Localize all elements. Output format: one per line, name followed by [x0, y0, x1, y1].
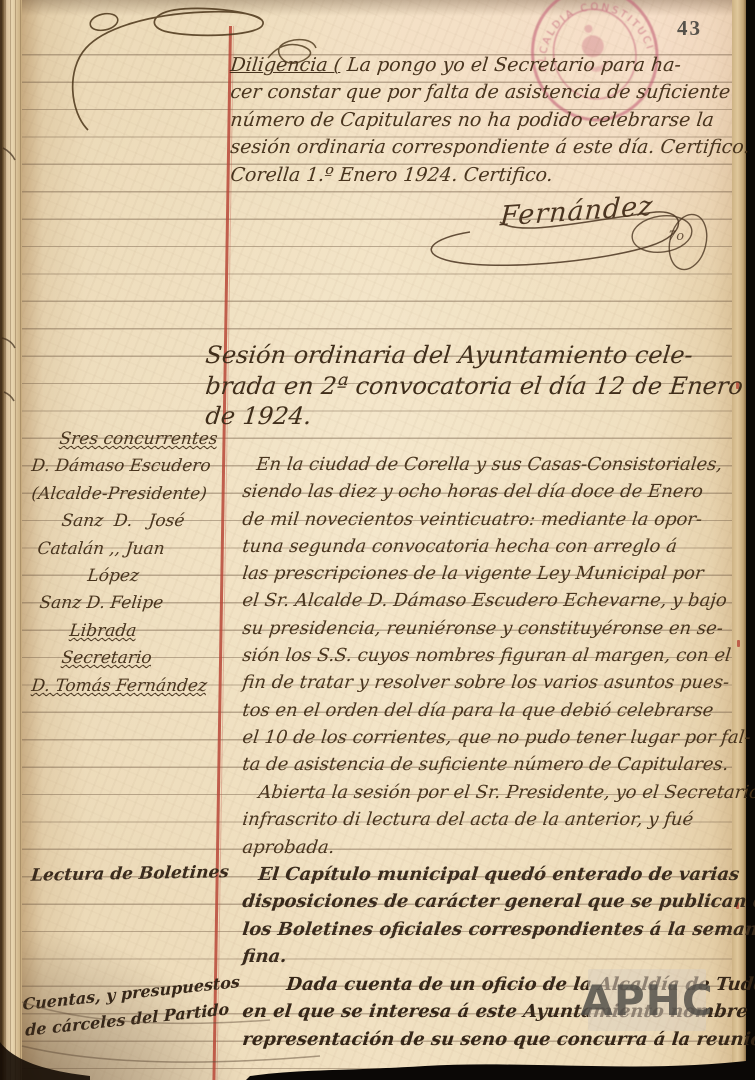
attendee-name: Catalán ,, Juan [30, 536, 231, 563]
attendee-list: Sres concurrentesD. Dámaso Escudero(Alca… [30, 426, 228, 700]
text-line: el Sr. Alcalde D. Dámaso Escudero Echeva… [241, 587, 755, 614]
acta-paragraph-apertura: En la ciudad de Corella y sus Casas-Cons… [241, 451, 753, 779]
attendee-name: López [30, 563, 231, 590]
text-line: brada en 2ª convocatoria el día 12 de En… [204, 371, 755, 402]
text-line: Sesión ordinaria del Ayuntamiento cele- [204, 340, 755, 371]
archive-watermark: APHC [588, 969, 706, 1031]
scanned-ledger-page: 43 ALCALDIA CONSTITUCIONAL Diligencia ( … [0, 0, 755, 1080]
text-line: sesión ordinaria correspondiente á este … [229, 134, 754, 161]
text-line: siendo las diez y ocho horas del día doc… [241, 478, 755, 505]
acta-paragraph-boletines: El Capítulo municipal quedó enterado de … [241, 861, 753, 970]
diligencia-label: Diligencia ( [229, 54, 342, 76]
acta-paragraph-lectura-acta: Abierta la sesión por el Sr. Presidente,… [241, 779, 753, 861]
secretary-signature: Fernández [499, 191, 654, 233]
ledger-page: 43 ALCALDIA CONSTITUCIONAL Diligencia ( … [22, 0, 732, 1080]
text-line: tuna segunda convocatoria hecha con arre… [241, 533, 755, 560]
attendee-name: Sanz D. Felipe [30, 590, 231, 617]
paragraph-lines: En la ciudad de Corella y sus Casas-Cons… [241, 451, 753, 779]
text-line: las prescripciones de la vigente Ley Mun… [241, 560, 755, 587]
text-line: sión los S.S. cuyos nombres figuran al m… [241, 642, 755, 669]
text-line: número de Capitulares no ha podido celeb… [229, 107, 754, 134]
text-line: Corella 1.º Enero 1924. Certifico. [229, 162, 754, 189]
text-line: En la ciudad de Corella y sus Casas-Cons… [241, 451, 755, 478]
diligencia-lines: cer constar que por falta de asistencia … [229, 79, 751, 189]
page-number: 43 [677, 16, 702, 41]
attendee-name: D. Dámaso Escudero [30, 453, 231, 480]
paragraph-lines: Abierta la sesión por el Sr. Presidente,… [241, 779, 753, 861]
margin-note-boletines: Lectura de Boletines [30, 862, 228, 885]
text-line: fin de tratar y resolver sobre los vario… [241, 669, 755, 696]
text-line: los Boletines oficiales correspondientes… [241, 916, 755, 943]
diligencia-note: Diligencia ( La pongo yo el Secretario p… [229, 52, 751, 189]
diligencia-first-line: La pongo yo el Secretario para ha- [346, 54, 682, 76]
text-line: de 1924. [204, 401, 755, 432]
session-heading: Sesión ordinaria del Ayuntamiento cele-b… [204, 340, 754, 432]
attendee-name: (Alcalde-Presidente) [30, 481, 231, 508]
text-line: Diligencia ( La pongo yo el Secretario p… [229, 52, 754, 79]
attendee-name: Sres concurrentes [30, 426, 231, 453]
text-line: de mil novecientos veinticuatro: mediant… [241, 506, 755, 533]
heading-lines: Sesión ordinaria del Ayuntamiento cele-b… [204, 340, 754, 432]
attendee-name: Librada [30, 618, 231, 645]
text-line: cer constar que por falta de asistencia … [229, 79, 754, 106]
attendee-name: Sanz D. José [30, 508, 231, 535]
note-lines: Cuentas, y presupuestosde cárceles del P… [20, 970, 234, 1044]
text-line: tos en el orden del día para la que debi… [241, 697, 755, 724]
text-line: Lectura de Boletines [30, 862, 230, 885]
margin-note-cuentas: Cuentas, y presupuestosde cárceles del P… [20, 970, 234, 1044]
text-line: fina. [241, 943, 755, 970]
text-line: su presidencia, reuniéronse y constituyé… [241, 615, 755, 642]
attendee-name: Secretario [30, 645, 231, 672]
attendee-name: D. Tomás Fernández [30, 673, 231, 700]
text-line: el 10 de los corrientes, que no pudo ten… [241, 724, 755, 751]
paragraph-lines: El Capítulo municipal quedó enterado de … [241, 861, 753, 970]
margin-attendees: Sres concurrentesD. Dámaso Escudero(Alca… [30, 426, 228, 700]
text-line: Abierta la sesión por el Sr. Presidente,… [241, 779, 755, 806]
text-line: infrascrito di lectura del acta de la an… [241, 806, 755, 833]
text-line: El Capítulo municipal quedó enterado de … [241, 861, 755, 888]
book-gutter-edge [0, 0, 22, 1080]
text-line: aprobada. [241, 834, 755, 861]
text-line: disposiciones de carácter general que se… [241, 888, 755, 915]
text-line: ta de asistencia de suficiente número de… [241, 751, 755, 778]
